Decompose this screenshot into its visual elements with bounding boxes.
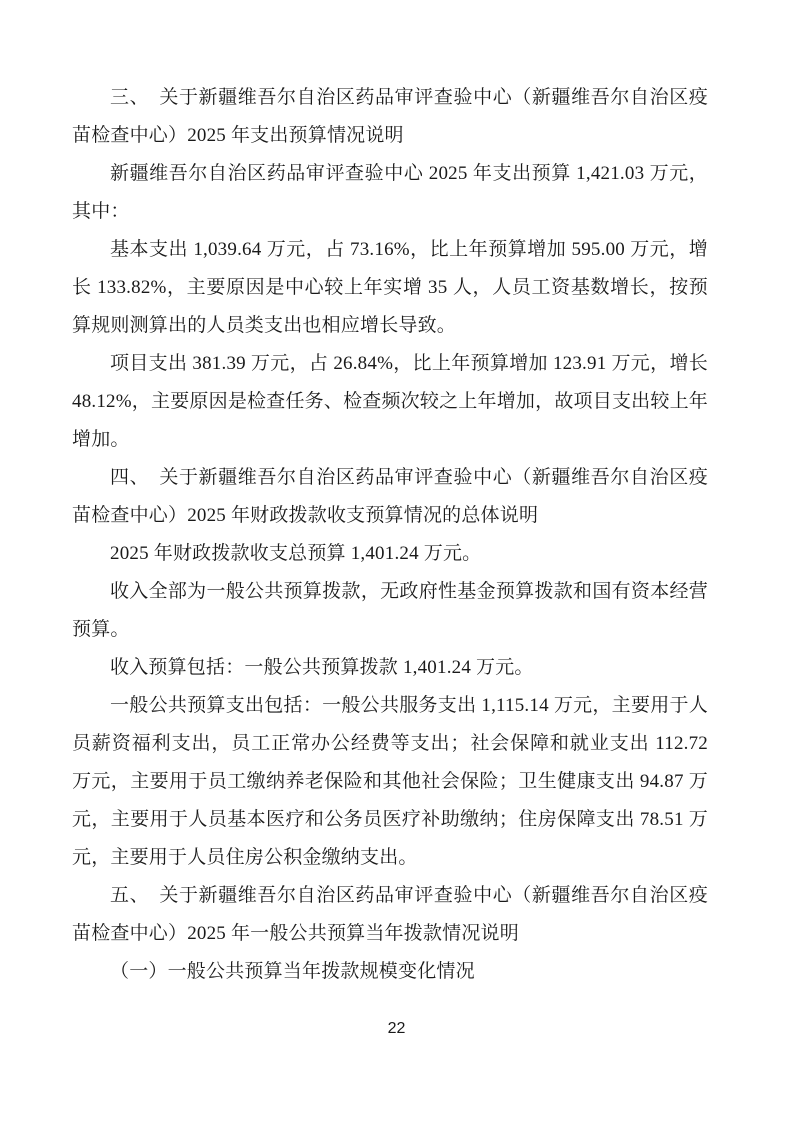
heading-section-5: 五、 关于新疆维吾尔自治区药品审评查验中心（新疆维吾尔自治区疫苗检查中心）202… (72, 877, 708, 953)
heading-section-4: 四、 关于新疆维吾尔自治区药品审评查验中心（新疆维吾尔自治区疫苗检查中心）202… (72, 459, 708, 535)
paragraph-public-budget-expenditure-detail: 一般公共预算支出包括：一般公共服务支出 1,115.14 万元，主要用于人员薪资… (72, 687, 708, 877)
paragraph-fiscal-total-budget: 2025 年财政拨款收支总预算 1,401.24 万元。 (72, 535, 708, 573)
paragraph-basic-expenditure: 基本支出 1,039.64 万元，占 73.16%，比上年预算增加 595.00… (72, 231, 708, 345)
document-body: 三、 关于新疆维吾尔自治区药品审评查验中心（新疆维吾尔自治区疫苗检查中心）202… (72, 79, 708, 991)
page-number: 22 (0, 1020, 793, 1038)
heading-section-3: 三、 关于新疆维吾尔自治区药品审评查验中心（新疆维吾尔自治区疫苗检查中心）202… (72, 79, 708, 155)
paragraph-total-expenditure: 新疆维吾尔自治区药品审评查验中心 2025 年支出预算 1,421.03 万元，… (72, 155, 708, 231)
paragraph-income-source: 收入全部为一般公共预算拨款，无政府性基金预算拨款和国有资本经营预算。 (72, 573, 708, 649)
sub-heading-5-1: （一）一般公共预算当年拨款规模变化情况 (72, 953, 708, 991)
paragraph-income-budget: 收入预算包括：一般公共预算拨款 1,401.24 万元。 (72, 649, 708, 687)
paragraph-project-expenditure: 项目支出 381.39 万元，占 26.84%，比上年预算增加 123.91 万… (72, 345, 708, 459)
document-page: 三、 关于新疆维吾尔自治区药品审评查验中心（新疆维吾尔自治区疫苗检查中心）202… (0, 0, 793, 1122)
